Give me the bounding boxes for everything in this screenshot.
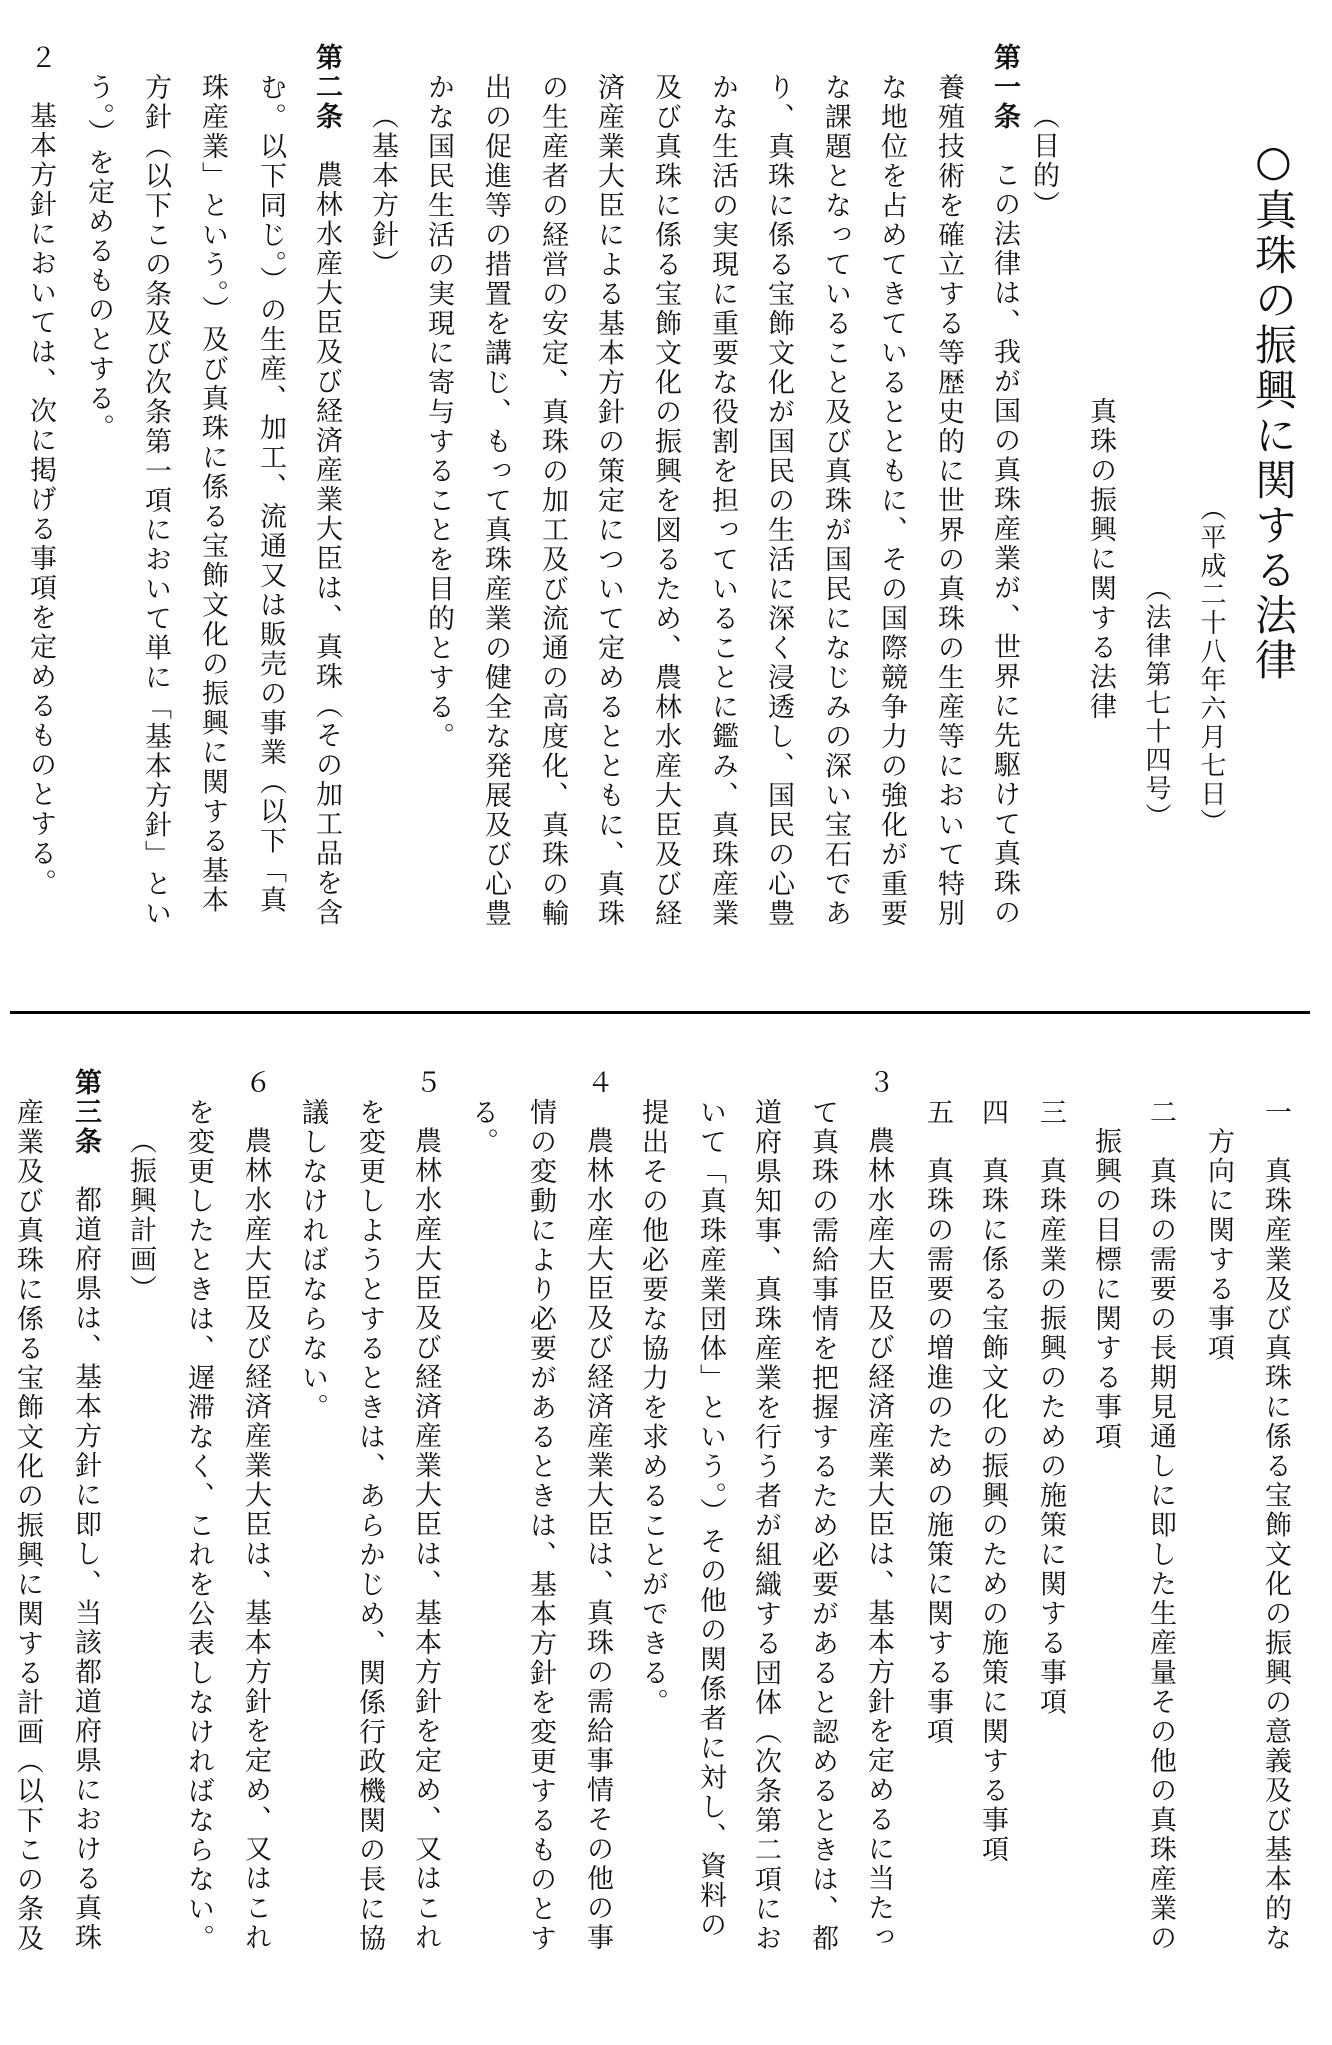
line-text: 振興の目標に関する事項 — [1090, 1127, 1121, 1452]
text-line: な地位を占めてきているとともに、その国際競争力の強化が重要 — [876, 73, 906, 929]
section-divider — [10, 1011, 1310, 1014]
line-text: を変更しようとするときは、あらかじめ、関係行政機関の長に協 — [354, 1098, 385, 1954]
article-line: 第二条農林水産大臣及び経済産業大臣は、真珠（その加工品を含 — [311, 43, 341, 928]
text-line: を変更しようとするときは、あらかじめ、関係行政機関の長に協 — [354, 1098, 384, 1954]
text-line: いて「真珠産業団体」という。）その他の関係者に対し、資料の — [695, 1098, 725, 1940]
line-text: の生産者の経営の安定、真珠の加工及び流通の高度化、真珠の輸 — [537, 73, 568, 929]
article-line: 三真珠産業の振興のための施策に関する事項 — [1035, 1098, 1065, 1717]
item-number: 四 — [977, 1098, 1008, 1128]
line-text: この法律は、我が国の真珠産業が、世界に先駆けて真珠の — [989, 161, 1020, 928]
line-text: 都道府県は、基本方針に即し、当該都道府県における真珠 — [70, 1186, 101, 1953]
line-text: 真珠産業の振興のための施策に関する事項 — [1035, 1156, 1066, 1717]
item-number: 一 — [1260, 1098, 1291, 1128]
text-line: を変更したときは、遅滞なく、これを公表しなければならない。 — [183, 1098, 213, 1954]
article-line: ２基本方針においては、次に掲げる事項を定めるものとする。 — [25, 43, 55, 898]
line-text: （基本方針） — [367, 102, 398, 279]
line-text: 農林水産大臣及び経済産業大臣は、真珠（その加工品を含 — [311, 161, 342, 928]
text-line: て真珠の需給事情を把握するため必要があると認めるときは、都 — [807, 1098, 837, 1954]
paragraph-number: ３ — [863, 1068, 894, 1098]
line-text: 珠産業」という。）及び真珠に係る宝飾文化の振興に関する基本 — [197, 73, 228, 915]
text-line: 産業及び真珠に係る宝飾文化の振興に関する計画（以下この条及 — [12, 1098, 42, 1954]
line-text: て真珠の需給事情を把握するため必要があると認めるときは、都 — [807, 1098, 838, 1954]
text-line: 方針（以下この条及び次条第一項において単に「基本方針」とい — [140, 73, 170, 929]
line-text: な課題となっていること及び真珠が国民になじみの深い宝石であ — [820, 73, 851, 929]
law-title: ○真珠の振興に関する法律 — [1250, 136, 1296, 683]
text-line: む。以下同じ。）の生産、加工、流通又は販売の事業（以下「真 — [255, 73, 285, 915]
line-text: かな国民生活の実現に寄与することを目的とする。 — [423, 73, 454, 752]
text-line: 情の変動により必要があるときは、基本方針を変更するものとす — [525, 1098, 555, 1954]
paragraph-number: ２ — [25, 43, 56, 73]
line-text: を変更したときは、遅滞なく、これを公表しなければならない。 — [183, 1098, 214, 1954]
line-text: 真珠の需要の増進のための施策に関する事項 — [922, 1156, 953, 1746]
article-line: 第一条この法律は、我が国の真珠産業が、世界に先駆けて真珠の — [989, 43, 1019, 928]
line-text: 農林水産大臣及び経済産業大臣は、基本方針を定めるに当たっ — [863, 1127, 894, 1953]
item-number: 五 — [922, 1098, 953, 1128]
line-text: 及び真珠に係る宝飾文化の振興を図るため、農林水産大臣及び経 — [650, 73, 681, 929]
line-text: 真珠に係る宝飾文化の振興のための施策に関する事項 — [977, 1156, 1008, 1864]
paragraph-number: ４ — [582, 1068, 613, 1098]
line-text: る。 — [467, 1098, 498, 1157]
line-text: 農林水産大臣及び経済産業大臣は、基本方針を定め、又はこれ — [240, 1127, 271, 1953]
line-text: いて「真珠産業団体」という。）その他の関係者に対し、資料の — [695, 1098, 726, 1940]
text-line: 振興の目標に関する事項 — [1090, 1127, 1120, 1452]
line-text: む。以下同じ。）の生産、加工、流通又は販売の事業（以下「真 — [255, 73, 286, 915]
line-text: 農林水産大臣及び経済産業大臣は、真珠の需給事情その他の事 — [582, 1127, 613, 1953]
article-line: ５農林水産大臣及び経済産業大臣は、基本方針を定め、又はこれ — [410, 1068, 440, 1953]
line-text: 真珠産業及び真珠に係る宝飾文化の振興の意義及び基本的な — [1260, 1156, 1291, 1953]
line-text: り、真珠に係る宝飾文化が国民の生活に深く浸透し、国民の心豊 — [763, 73, 794, 929]
text-line: の生産者の経営の安定、真珠の加工及び流通の高度化、真珠の輸 — [537, 73, 567, 929]
line-text: （目的） — [1028, 102, 1059, 220]
line-text: 情の変動により必要があるときは、基本方針を変更するものとす — [525, 1098, 556, 1954]
text-line: （目的） — [1028, 102, 1058, 220]
line-text: （振興計画） — [125, 1127, 156, 1304]
item-number: 三 — [1035, 1098, 1066, 1128]
line-text: う。）を定めるものとする。 — [83, 73, 114, 443]
text-line: 方向に関する事項 — [1203, 1127, 1233, 1363]
line-text: 産業及び真珠に係る宝飾文化の振興に関する計画（以下この条及 — [12, 1098, 43, 1954]
line-text: 基本方針においては、次に掲げる事項を定めるものとする。 — [25, 102, 56, 899]
text-line: 済産業大臣による基本方針の策定について定めるとともに、真珠 — [593, 73, 623, 929]
article-line: 一真珠産業及び真珠に係る宝飾文化の振興の意義及び基本的な — [1260, 1098, 1290, 1953]
article-line: ３農林水産大臣及び経済産業大臣は、基本方針を定めるに当たっ — [863, 1068, 893, 1953]
line-text: 養殖技術を確立する等歴史的に世界の真珠の生産等において特別 — [933, 73, 964, 929]
text-line: かな生活の実現に重要な役割を担っていることに鑑み、真珠産業 — [707, 73, 737, 929]
article-line: ６農林水産大臣及び経済産業大臣は、基本方針を定め、又はこれ — [240, 1068, 270, 1953]
text-line: 出の促進等の措置を講じ、もって真珠産業の健全な発展及び心豊 — [480, 73, 510, 929]
line-text: 農林水産大臣及び経済産業大臣は、基本方針を定め、又はこれ — [410, 1127, 441, 1953]
text-line: かな国民生活の実現に寄与することを目的とする。 — [423, 73, 453, 752]
line-text: な地位を占めてきているとともに、その国際競争力の強化が重要 — [876, 73, 907, 929]
law-number: （法律第七十四号） — [1141, 575, 1171, 832]
article-heading: 第二条 — [311, 43, 342, 132]
article-line: 第三条都道府県は、基本方針に即し、当該都道府県における真珠 — [70, 1068, 100, 1953]
line-text: 真珠の振興に関する法律 — [1085, 397, 1116, 722]
text-line: う。）を定めるものとする。 — [83, 73, 113, 443]
text-line: り、真珠に係る宝飾文化が国民の生活に深く浸透し、国民の心豊 — [763, 73, 793, 929]
line-text: 道府県知事、真珠産業を行う者が組織する団体（次条第二項にお — [750, 1098, 781, 1954]
text-line: 道府県知事、真珠産業を行う者が組織する団体（次条第二項にお — [750, 1098, 780, 1954]
item-number: 二 — [1145, 1098, 1176, 1128]
line-text: 方針（以下この条及び次条第一項において単に「基本方針」とい — [140, 73, 171, 929]
text-line: 議しなければならない。 — [297, 1098, 327, 1423]
paragraph-number: ５ — [410, 1068, 441, 1098]
text-line: 提出その他必要な協力を求めることができる。 — [637, 1098, 667, 1718]
article-line: 四真珠に係る宝飾文化の振興のための施策に関する事項 — [977, 1098, 1007, 1865]
line-text: 真珠の需要の長期見通しに即した生産量その他の真珠産業の — [1145, 1156, 1176, 1953]
line-text: 提出その他必要な協力を求めることができる。 — [637, 1098, 668, 1718]
text-line: （基本方針） — [367, 102, 397, 279]
text-line: 珠産業」という。）及び真珠に係る宝飾文化の振興に関する基本 — [197, 73, 227, 915]
text-line: る。 — [467, 1098, 497, 1157]
article-line: ４農林水産大臣及び経済産業大臣は、真珠の需給事情その他の事 — [582, 1068, 612, 1953]
text-line: な課題となっていること及び真珠が国民になじみの深い宝石であ — [820, 73, 850, 929]
line-text: 方向に関する事項 — [1203, 1127, 1234, 1363]
text-line: （振興計画） — [125, 1127, 155, 1304]
line-text: かな生活の実現に重要な役割を担っていることに鑑み、真珠産業 — [707, 73, 738, 929]
article-heading: 第一条 — [989, 43, 1020, 132]
line-text: 済産業大臣による基本方針の策定について定めるとともに、真珠 — [593, 73, 624, 929]
text-line: 及び真珠に係る宝飾文化の振興を図るため、農林水産大臣及び経 — [650, 73, 680, 929]
line-text: 出の促進等の措置を講じ、もって真珠産業の健全な発展及び心豊 — [480, 73, 511, 929]
line-text: 議しなければならない。 — [297, 1098, 328, 1423]
law-document-page: ○真珠の振興に関する法律 （平成二十八年六月七日） （法律第七十四号） 真珠の振… — [0, 0, 1332, 2045]
article-line: 二真珠の需要の長期見通しに即した生産量その他の真珠産業の — [1145, 1098, 1175, 1953]
promulgation-date: （平成二十八年六月七日） — [1196, 495, 1226, 837]
article-line: 五真珠の需要の増進のための施策に関する事項 — [922, 1098, 952, 1747]
paragraph-number: ６ — [240, 1068, 271, 1098]
article-heading: 第三条 — [70, 1068, 101, 1157]
text-line: 真珠の振興に関する法律 — [1085, 397, 1115, 722]
text-line: 養殖技術を確立する等歴史的に世界の真珠の生産等において特別 — [933, 73, 963, 929]
